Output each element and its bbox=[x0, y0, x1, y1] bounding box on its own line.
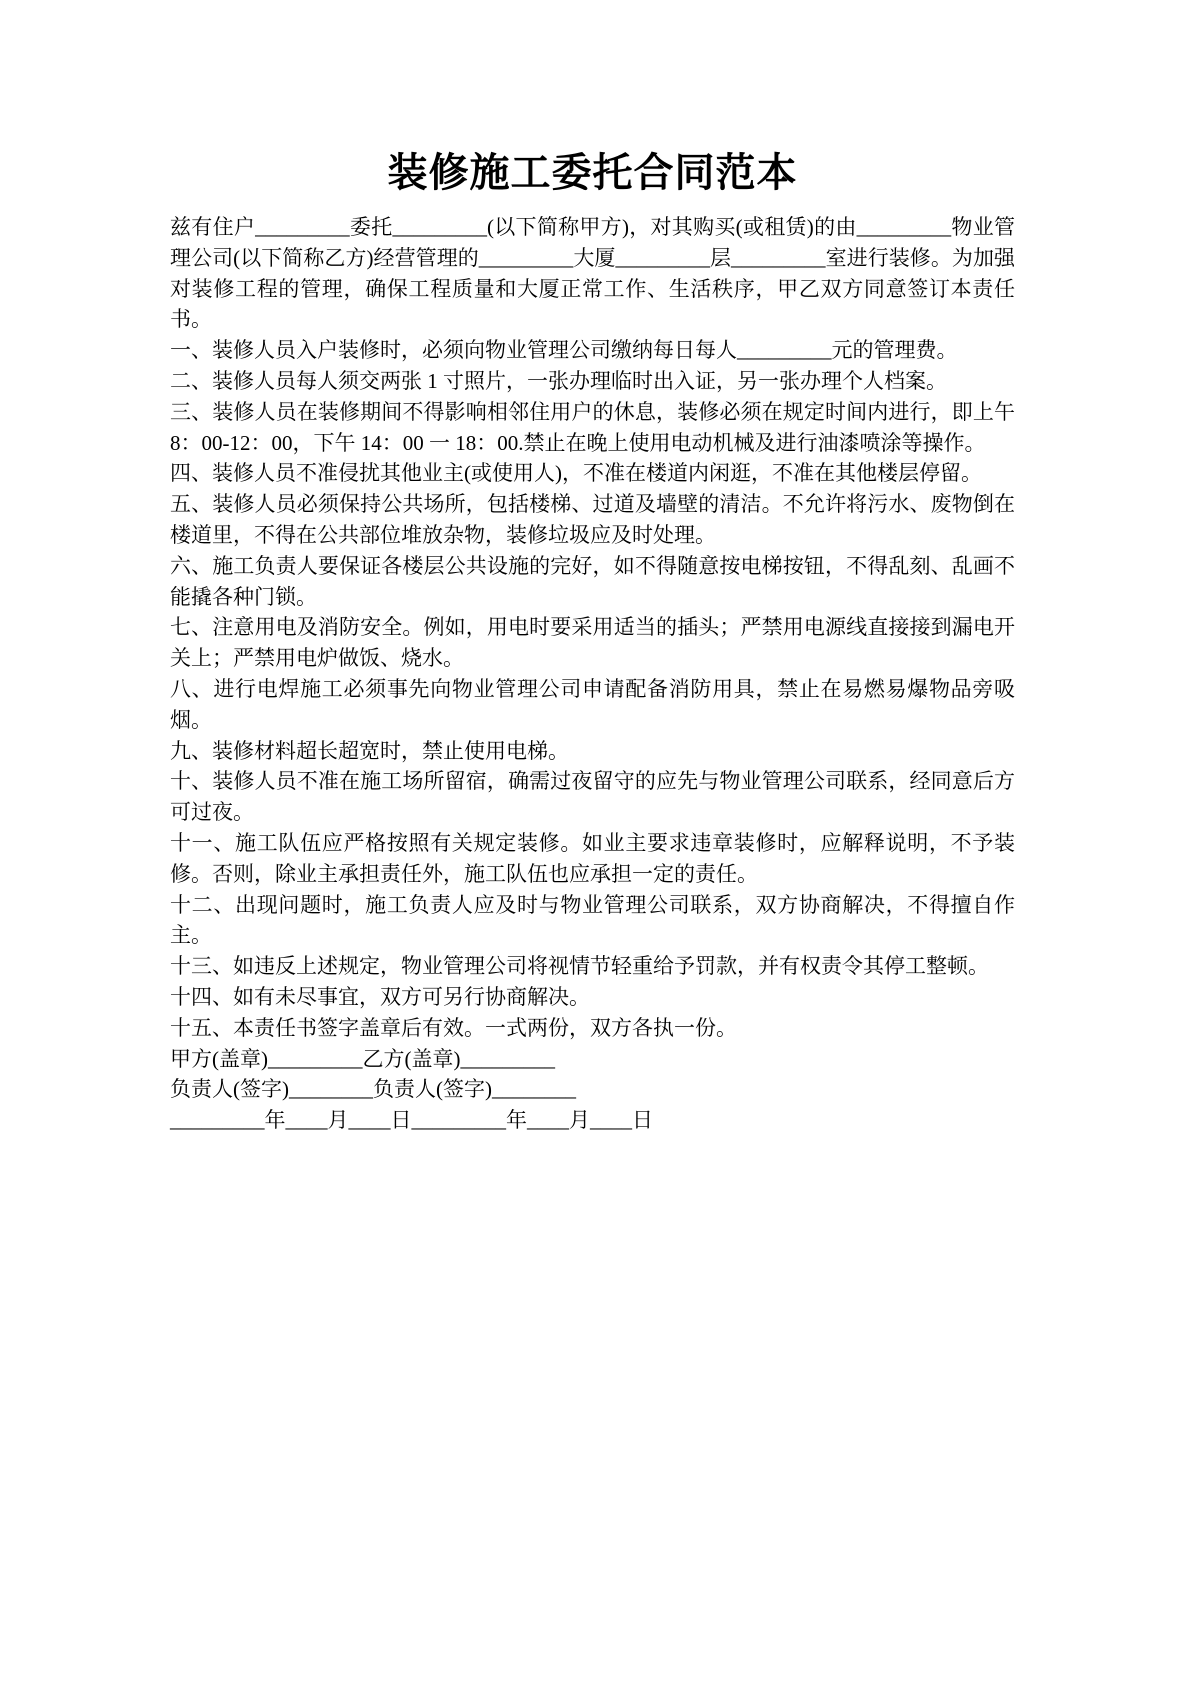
clause-paragraph: 十四、如有未尽事宜，双方可另行协商解决。 bbox=[170, 982, 1015, 1013]
clause-paragraph: 十三、如违反上述规定，物业管理公司将视情节轻重给予罚款，并有权责令其停工整顿。 bbox=[170, 951, 1015, 982]
clause-paragraph: 十二、出现问题时，施工负责人应及时与物业管理公司联系，双方协商解决，不得擅自作主… bbox=[170, 890, 1015, 952]
clause-paragraph: 五、装修人员必须保持公共场所，包括楼梯、过道及墙壁的清洁。不允许将污水、废物倒在… bbox=[170, 489, 1015, 551]
clause-paragraph: 十五、本责任书签字盖章后有效。一式两份，双方各执一份。 bbox=[170, 1013, 1015, 1044]
clause-paragraph: 十、装修人员不准在施工场所留宿，确需过夜留守的应先与物业管理公司联系，经同意后方… bbox=[170, 766, 1015, 828]
date-line: _________年____月____日_________年____月____日 bbox=[170, 1105, 1015, 1136]
clause-paragraph: 一、装修人员入户装修时，必须向物业管理公司缴纳每日每人_________元的管理… bbox=[170, 335, 1015, 366]
clauses-list: 一、装修人员入户装修时，必须向物业管理公司缴纳每日每人_________元的管理… bbox=[170, 335, 1015, 1043]
page-title: 装修施工委托合同范本 bbox=[170, 148, 1015, 198]
document-content: 装修施工委托合同范本 兹有住户_________委托_________(以下简称… bbox=[170, 148, 1015, 1136]
document-page: 装修施工委托合同范本 兹有住户_________委托_________(以下简称… bbox=[0, 0, 1190, 1683]
clause-paragraph: 八、进行电焊施工必须事先向物业管理公司申请配备消防用具，禁止在易燃易爆物品旁吸烟… bbox=[170, 674, 1015, 736]
clause-paragraph: 三、装修人员在装修期间不得影响相邻住用户的休息，装修必须在规定时间内进行，即上午… bbox=[170, 397, 1015, 459]
clause-paragraph: 十一、施工队伍应严格按照有关规定装修。如业主要求违章装修时，应解释说明，不予装修… bbox=[170, 828, 1015, 890]
clause-paragraph: 七、注意用电及消防安全。例如，用电时要采用适当的插头；严禁用电源线直接接到漏电开… bbox=[170, 612, 1015, 674]
clause-paragraph: 九、装修材料超长超宽时，禁止使用电梯。 bbox=[170, 736, 1015, 767]
clause-paragraph: 六、施工负责人要保证各楼层公共设施的完好，如不得随意按电梯按钮，不得乱刻、乱画不… bbox=[170, 551, 1015, 613]
party-seal-line: 甲方(盖章)_________乙方(盖章)_________ bbox=[170, 1044, 1015, 1075]
intro-paragraph: 兹有住户_________委托_________(以下简称甲方)，对其购买(或租… bbox=[170, 212, 1015, 335]
clause-paragraph: 二、装修人员每人须交两张 1 寸照片，一张办理临时出入证，另一张办理个人档案。 bbox=[170, 366, 1015, 397]
responsible-sign-line: 负责人(签字)________负责人(签字)________ bbox=[170, 1074, 1015, 1105]
clause-paragraph: 四、装修人员不准侵扰其他业主(或使用人)，不准在楼道内闲逛，不准在其他楼层停留。 bbox=[170, 458, 1015, 489]
